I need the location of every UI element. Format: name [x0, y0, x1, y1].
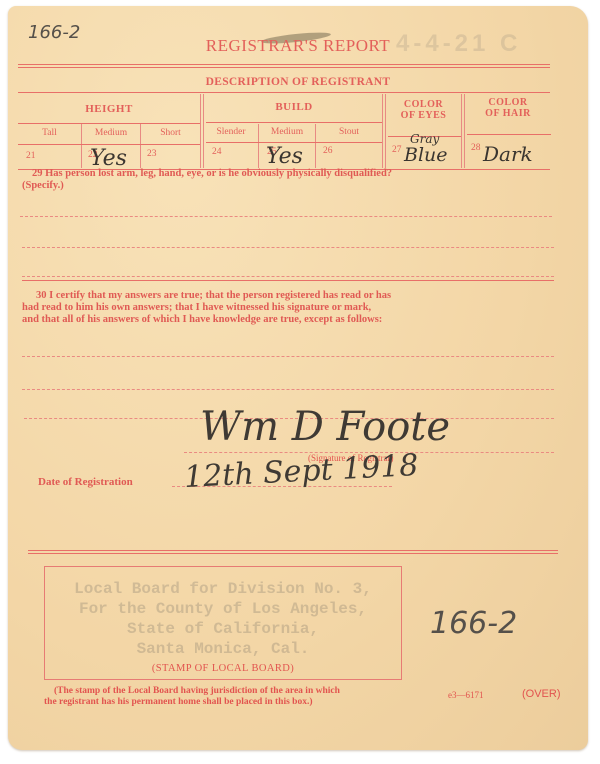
field-23-number: 23	[147, 149, 157, 159]
stamp-instructions: (The stamp of the Local Board having jur…	[44, 686, 434, 708]
answer-line	[22, 276, 554, 277]
eyes-value: Blue	[404, 144, 448, 166]
col-slender: Slender	[204, 127, 258, 137]
answer-line	[20, 216, 552, 217]
col-tall: Tall	[18, 128, 81, 138]
stamp-caption: (STAMP OF LOCAL BOARD)	[45, 663, 401, 674]
build-header: BUILD	[206, 101, 382, 113]
col-stout: Stout	[316, 127, 382, 137]
field-24-number: 24	[212, 147, 222, 157]
answer-line	[22, 247, 554, 248]
height-header: HEIGHT	[18, 103, 200, 115]
color-of-eyes-header: COLOR OF EYES	[386, 99, 461, 121]
faint-stamp-top: 4-4-21 C	[396, 30, 521, 58]
field-28-number: 28	[471, 143, 481, 153]
answer-line	[22, 356, 554, 357]
answer-line	[22, 389, 554, 390]
field-21-number: 21	[26, 151, 36, 161]
report-title: REGISTRAR'S REPORT	[168, 36, 428, 56]
hair-value: Dark	[483, 142, 533, 166]
build-medium-value: Yes	[266, 144, 303, 169]
registrar-signature: Wm D Foote	[200, 404, 450, 450]
question-30: 30 I certify that my answers are true; t…	[22, 290, 567, 326]
stamp-text: Local Board for Division No. 3, For the …	[45, 579, 401, 659]
date-of-registration-value: 12th Sept 1918	[183, 448, 419, 495]
corner-note-bottom: 166-2	[430, 606, 517, 641]
col-medium-build: Medium	[259, 127, 315, 137]
form-number: e3—6171	[448, 690, 484, 700]
corner-note-top: 166-2	[28, 22, 80, 43]
field-27-number: 27	[392, 145, 402, 155]
date-of-registration-label: Date of Registration	[38, 476, 133, 488]
local-board-stamp-box: Local Board for Division No. 3, For the …	[44, 566, 402, 680]
color-of-hair-header: COLOR OF HAIR	[465, 97, 551, 119]
question-29: 29 Has person lost arm, leg, hand, eye, …	[22, 168, 562, 192]
col-medium-height: Medium	[82, 128, 140, 138]
over-label: (OVER)	[522, 688, 561, 700]
col-short: Short	[141, 128, 200, 138]
field-26-number: 26	[323, 146, 333, 156]
section-title: DESCRIPTION OF REGISTRANT	[128, 76, 468, 88]
registration-card: 166-2 REGISTRAR'S REPORT 4-4-21 C DESCRI…	[8, 6, 588, 750]
